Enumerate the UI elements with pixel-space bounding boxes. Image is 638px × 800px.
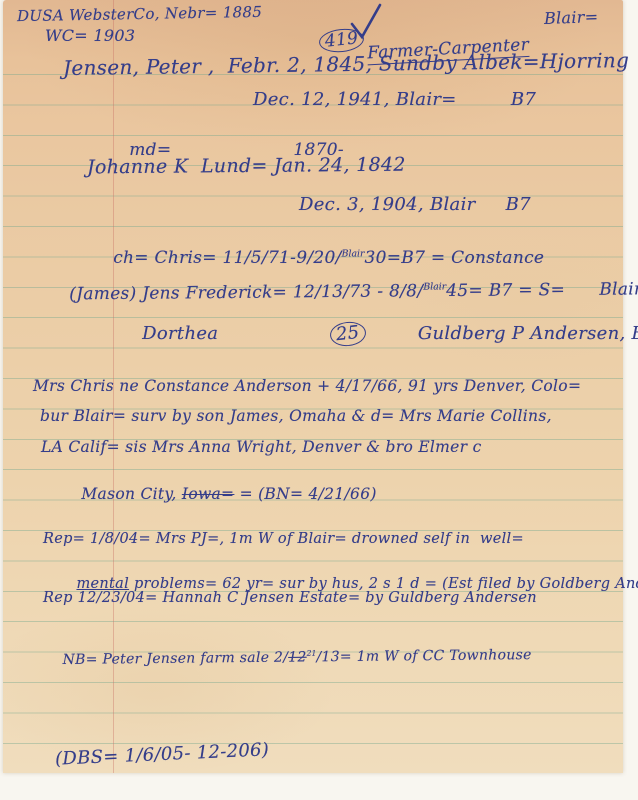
report-1904-line-1: Rep= 1/8/04= Mrs PJ=, 1m W of Blair= dro… xyxy=(43,531,524,547)
dorthea-note: Guldberg P Andersen, Blair xyxy=(418,323,638,344)
residence-place-note: Blair= xyxy=(544,7,599,28)
county-change-note: WC= 1903 xyxy=(45,26,135,45)
struck-date-fragment: 12 xyxy=(288,649,307,665)
obit-line-4: Mason City, Iowa= = (BN= 4/21/66) xyxy=(50,467,377,521)
farm-sale-note: NB= Peter Jensen farm sale 2/1221/13= 1m… xyxy=(34,630,532,684)
jens-place-superscript: Blair xyxy=(423,281,446,292)
dorthea-name: Dorthea xyxy=(142,323,218,344)
obit-line-1: Mrs Chris ne Constance Anderson + 4/17/6… xyxy=(33,377,581,395)
spouse-line: Johanne K Lund= Jan. 24, 1842 xyxy=(87,154,406,179)
notepad-paper: DUSA WebsterCo, Nebr= 1885 WC= 1903 419 … xyxy=(3,0,623,773)
obit-line-3: LA Calif= sis Mrs Anna Wright, Denver & … xyxy=(41,438,482,456)
report-estate-line: Rep 12/23/04= Hannah C Jensen Estate= by… xyxy=(43,590,537,606)
spouse-death-line: Dec. 3, 1904, Blair B7 xyxy=(299,194,531,215)
obit-line-2: bur Blair= surv by son James, Omaha & d=… xyxy=(40,407,552,425)
child-dorthea-line: Dorthea25Guldberg P Andersen, Blair xyxy=(106,301,638,367)
struck-word: Iowa= xyxy=(182,485,234,503)
death-line: Dec. 12, 1941, Blair= B7 xyxy=(253,89,536,110)
name-birth-line: Jensen, Peter , Febr. 2, 1845, Sundby Al… xyxy=(63,48,629,80)
scanned-document-page: DUSA WebsterCo, Nebr= 1885 WC= 1903 419 … xyxy=(0,0,638,800)
source-reference: (DBS= 1/6/05- 12-206) xyxy=(55,739,270,769)
check-mark-icon xyxy=(349,2,383,46)
dorthea-number-circle: 25 xyxy=(329,320,367,348)
emigration-note: DUSA WebsterCo, Nebr= 1885 xyxy=(17,3,262,25)
chris-place-superscript: Blair xyxy=(342,248,365,259)
